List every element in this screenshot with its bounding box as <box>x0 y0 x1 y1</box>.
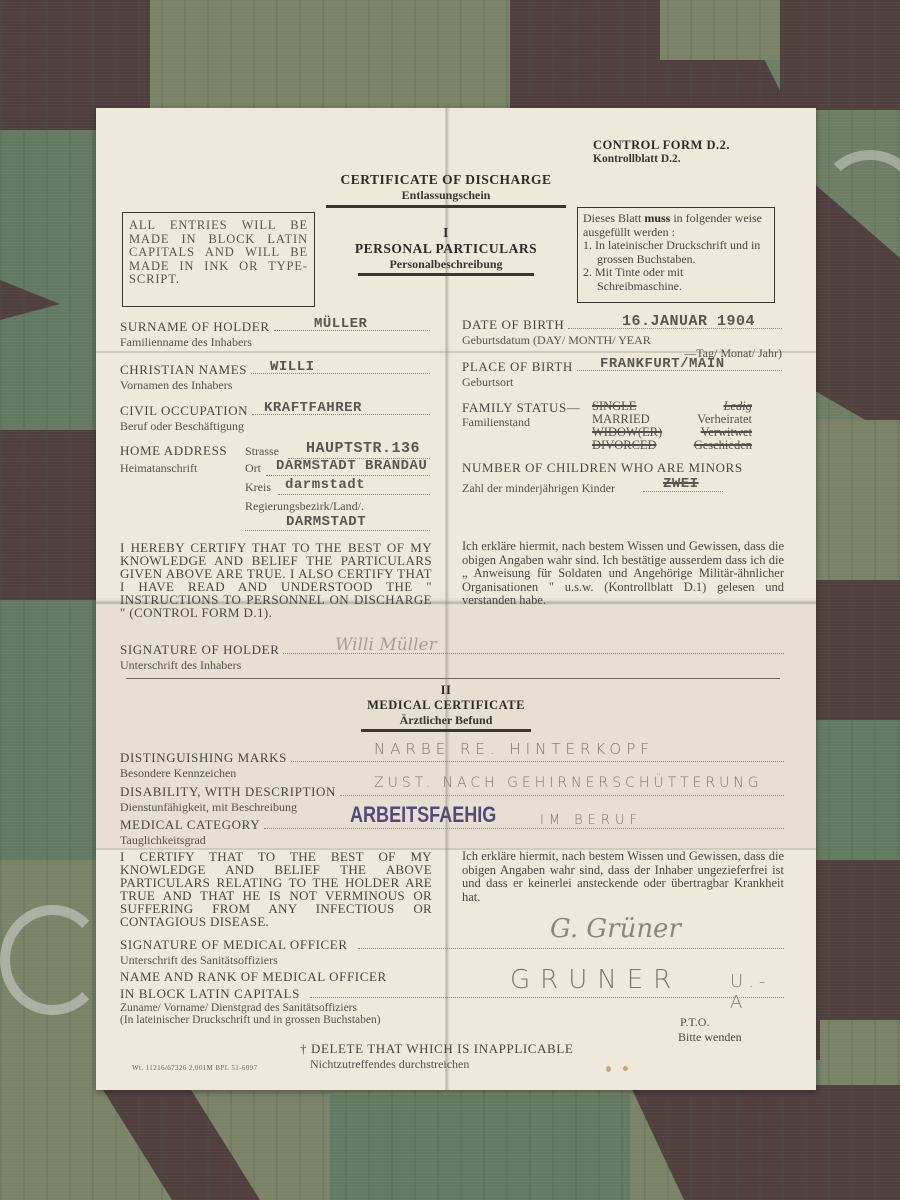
medical-category-label: MEDICAL CATEGORY <box>120 817 260 833</box>
family-status-label: FAMILY STATUS— <box>462 400 580 416</box>
field-civil-occupation: CIVIL OCCUPATION KRAFTFAHRER Beruf oder … <box>120 402 430 434</box>
officer-name-label-de: Zuname/ Vorname/ Dienstgrad des Sanitäts… <box>120 1002 784 1014</box>
rust-spot <box>623 1066 628 1071</box>
status-option-divorced: DIVORCED Geschieden <box>592 439 752 452</box>
field-surname: SURNAME OF HOLDER MÜLLER Familienname de… <box>120 318 430 350</box>
medical-certification-en: I CERTIFY THAT TO THE BEST OF MY KNOWLED… <box>120 850 432 928</box>
christian-names-label: CHRISTIAN NAMES <box>120 362 247 378</box>
home-address-label: HOME ADDRESS <box>120 443 227 459</box>
surname-value: MÜLLER <box>314 316 367 332</box>
certificate-title: CERTIFICATE OF DISCHARGE <box>326 172 566 188</box>
officer-name-label: NAME AND RANK OF MEDICAL OFFICER <box>120 969 784 985</box>
control-form-label: CONTROL FORM D.2. <box>593 138 730 153</box>
ort-value: DARMSTADT BRANDAU <box>276 458 427 474</box>
ort-label: Ort <box>245 461 261 476</box>
section-divider <box>126 678 780 679</box>
pto-label-de: Bitte wenden <box>678 1030 742 1045</box>
date-of-birth-value: 16.JANUAR 1904 <box>622 313 755 330</box>
watermark-logo <box>0 905 105 1015</box>
children-value: ZWEI <box>663 476 699 492</box>
section-number: II <box>351 683 541 698</box>
delete-note-en: † DELETE THAT WHICH IS INAPPLICABLE <box>300 1041 573 1057</box>
instructions-box-en: ALL ENTRIES WILL BE MADE IN BLOCK LATIN … <box>122 212 315 307</box>
arbeitsfaehig-stamp: ARBEITSFAEHIG <box>350 802 496 828</box>
certificate-title-de: Entlassungschein <box>326 188 566 203</box>
printer-reference: Wt. 11216/67326 2,001M BPL 51-6097 <box>132 1064 257 1072</box>
home-address-label-de: Heimatanschrift <box>120 461 197 476</box>
officer-signature-label-de: Unterschrift des Sanitätsoffiziers <box>120 953 784 968</box>
civil-occupation-label-de: Beruf oder Beschäftigung <box>120 419 430 434</box>
medical-certification-de: Ich erkläre hiermit, nach bestem Wissen … <box>462 850 784 904</box>
kreis-value: darmstadt <box>285 477 365 493</box>
medical-officer-signature-field: SIGNATURE OF MEDICAL OFFICER G. Grüner U… <box>120 936 784 968</box>
delete-note: † DELETE THAT WHICH IS INAPPLICABLE Nich… <box>300 1041 573 1072</box>
strasse-label: Strasse <box>245 444 279 459</box>
field-medical-category: MEDICAL CATEGORY ARBEITSFAEHIG IM BERUF … <box>120 816 784 848</box>
field-children: NUMBER OF CHILDREN WHO ARE MINORS Zahl d… <box>462 460 792 496</box>
officer-signature-label: SIGNATURE OF MEDICAL OFFICER <box>120 937 348 953</box>
instruction-item-1: 1. In lateinischer Druckschrift und in g… <box>583 239 769 266</box>
strasse-value: HAUPTSTR.136 <box>306 440 420 457</box>
officer-rank-value: U.-A <box>730 971 784 1013</box>
section-title: MEDICAL CERTIFICATE <box>351 698 541 713</box>
holder-signature-label: SIGNATURE OF HOLDER <box>120 642 279 658</box>
section-2-heading: II MEDICAL CERTIFICATE Ärztlicher Befund <box>351 683 541 732</box>
discharge-certificate: CONTROL FORM D.2. Kontrollblatt D.2. CER… <box>96 108 816 1090</box>
holder-signature: Willi Müller <box>335 635 437 655</box>
field-place-of-birth: PLACE OF BIRTH FRANKFURT/MAIN Geburtsort <box>462 358 782 390</box>
holder-signature-label-de: Unterschrift des Inhabers <box>120 658 784 673</box>
regierungsbezirk-value: DARMSTADT <box>286 514 366 530</box>
distinguishing-marks-value: NARBE RE. HINTERKOPF <box>374 740 654 758</box>
officer-signature: G. Grüner <box>550 914 681 944</box>
christian-names-label-de: Vornamen des Inhabers <box>120 378 430 393</box>
kreis-label: Kreis <box>245 480 271 495</box>
instructions-box-de: Dieses Blatt muss in folgender weise aus… <box>577 207 775 303</box>
pto-label: P.T.O. <box>678 1015 742 1030</box>
control-form-header: CONTROL FORM D.2. Kontrollblatt D.2. <box>593 138 730 165</box>
christian-names-value: WILLI <box>270 359 315 375</box>
distinguishing-marks-label: DISTINGUISHING MARKS <box>120 750 287 766</box>
field-family-status: FAMILY STATUS— Familienstand SINGLE Ledi… <box>462 400 792 460</box>
holder-certification-de: Ich erkläre hiermit, nach bestem Wissen … <box>462 540 784 608</box>
medical-category-value: IM BERUF <box>540 813 642 828</box>
date-of-birth-label: DATE OF BIRTH <box>462 317 564 333</box>
children-label: NUMBER OF CHILDREN WHO ARE MINORS <box>462 460 792 476</box>
section-number: I <box>346 225 546 241</box>
place-of-birth-value: FRANKFURT/MAIN <box>600 356 725 372</box>
family-status-label-de: Familienstand <box>462 415 530 430</box>
control-form-label-de: Kontrollblatt D.2. <box>593 153 730 165</box>
surname-label: SURNAME OF HOLDER <box>120 319 270 335</box>
place-of-birth-label-de: Geburtsort <box>462 375 782 390</box>
officer-name-label-2: IN BLOCK LATIN CAPITALS <box>120 986 300 1002</box>
family-status-options: SINGLE Ledig MARRIED Verheiratet WIDOW(E… <box>592 400 752 452</box>
civil-occupation-label: CIVIL OCCUPATION <box>120 403 248 419</box>
instructions-text-en: ALL ENTRIES WILL BE MADE IN BLOCK LATIN … <box>129 219 308 287</box>
section-1-heading: I PERSONAL PARTICULARS Personalbeschreib… <box>346 225 546 276</box>
place-of-birth-label: PLACE OF BIRTH <box>462 359 573 375</box>
civil-occupation-value: KRAFTFAHRER <box>264 400 362 416</box>
disability-label: DISABILITY, WITH DESCRIPTION <box>120 784 336 800</box>
holder-certification-en: I HEREBY CERTIFY THAT TO THE BEST OF MY … <box>120 541 432 619</box>
delete-note-de: Nichtzutreffendes durchstreichen <box>300 1057 573 1072</box>
instruction-item-2: 2. Mit Tinte oder mit Schreibmaschine. <box>583 266 769 293</box>
certificate-title-block: CERTIFICATE OF DISCHARGE Entlassungschei… <box>326 172 566 208</box>
field-home-address: HOME ADDRESS Heimatanschrift Strasse HAU… <box>120 443 450 538</box>
disability-value: ZUST. NACH GEHIRNERSCHÜTTERUNG <box>374 775 763 791</box>
section-title-de: Personalbeschreibung <box>346 257 546 272</box>
children-label-de: Zahl der minderjährigen Kinder <box>462 481 615 496</box>
officer-name-value: GRUNER <box>510 965 681 995</box>
regierungsbezirk-label: Regierungsbezirk/Land/. <box>245 499 364 514</box>
medical-category-label-de: Tauglichkeitsgrad <box>120 833 784 848</box>
section-title-de: Ärztlicher Befund <box>351 713 541 728</box>
section-title: PERSONAL PARTICULARS <box>346 241 546 257</box>
rust-spot <box>606 1066 611 1072</box>
surname-label-de: Familienname des Inhabers <box>120 335 430 350</box>
field-date-of-birth: DATE OF BIRTH 16.JANUAR 1904 Geburtsdatu… <box>462 316 782 361</box>
holder-signature-field: SIGNATURE OF HOLDER Willi Müller Untersc… <box>120 641 784 673</box>
field-christian-names: CHRISTIAN NAMES WILLI Vornamen des Inhab… <box>120 361 430 393</box>
pto-note: P.T.O. Bitte wenden <box>678 1015 742 1045</box>
